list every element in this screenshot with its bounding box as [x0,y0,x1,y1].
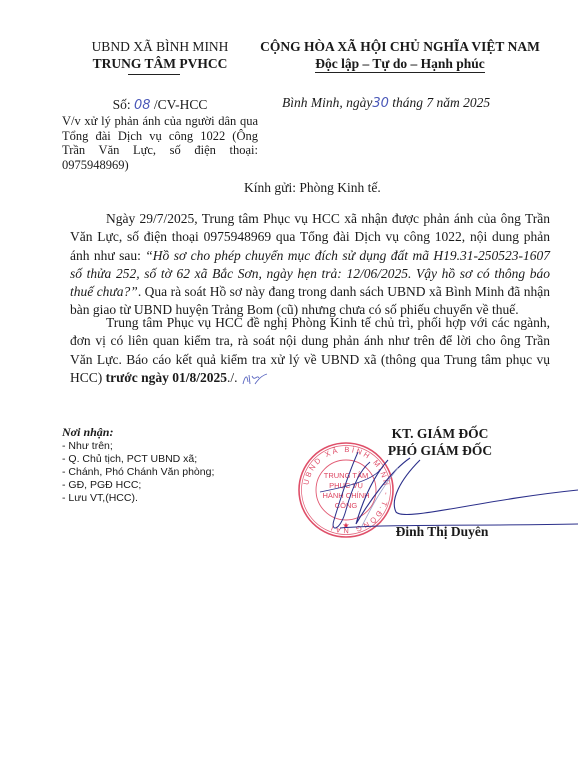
issuing-agency: UBND XÃ BÌNH MINH TRUNG TÂM PVHCC [60,38,260,72]
recipient-item: - GĐ, PGĐ HCC; [62,479,214,492]
signer-name: Đinh Thị Duyên [352,524,532,540]
recipient-item: - Như trên; [62,440,214,453]
date-day: 30 [372,96,389,111]
p2-end: ./. [227,370,238,385]
date-prefix: Bình Minh, ngày [282,95,372,110]
date-suffix: tháng 7 năm 2025 [389,95,490,110]
body-paragraph-1: Ngày 29/7/2025, Trung tâm Phục vụ HCC xã… [70,210,550,320]
doc-number-prefix: Số: [113,97,134,112]
initials-mark-icon [241,372,269,386]
agency-parent: UBND XÃ BÌNH MINH [60,38,260,55]
recipient-item: - Q. Chủ tịch, PCT UBND xã; [62,453,214,466]
document-number: Số: 08 /CV-HCC [60,97,260,113]
motto: Độc lập – Tự do – Hạnh phúc [315,56,485,73]
p2-deadline: trước ngày 01/8/2025 [106,370,227,385]
addressee: Kính gửi: Phòng Kinh tế. [244,180,381,196]
country-name: CỘNG HÒA XÃ HỘI CHỦ NGHĨA VIỆT NAM [240,38,560,55]
p1-rest: . Qua rà soát Hồ sơ này đang trong danh … [70,284,550,317]
doc-number-value: 08 [134,98,151,113]
document-subject: V/v xử lý phản ánh của người dân qua Tổn… [62,114,258,172]
issue-date: Bình Minh, ngày30 tháng 7 năm 2025 [282,95,490,111]
agency-underline [128,74,180,75]
recipients-title: Nơi nhận: [62,426,214,439]
recipients-list: Nơi nhận: - Như trên; - Q. Chủ tịch, PCT… [62,426,214,505]
recipient-item: - Lưu VT,(HCC). [62,492,214,505]
doc-number-suffix: /CV-HCC [151,97,208,112]
recipient-item: - Chánh, Phó Chánh Văn phòng; [62,466,214,479]
agency-name: TRUNG TÂM PVHCC [60,55,260,72]
document-page: UBND XÃ BÌNH MINH TRUNG TÂM PVHCC CỘNG H… [0,0,580,781]
national-motto: CỘNG HÒA XÃ HỘI CHỦ NGHĨA VIỆT NAM Độc l… [240,38,560,73]
body-paragraph-2: Trung tâm Phục vụ HCC đề nghị Phòng Kinh… [70,314,550,387]
